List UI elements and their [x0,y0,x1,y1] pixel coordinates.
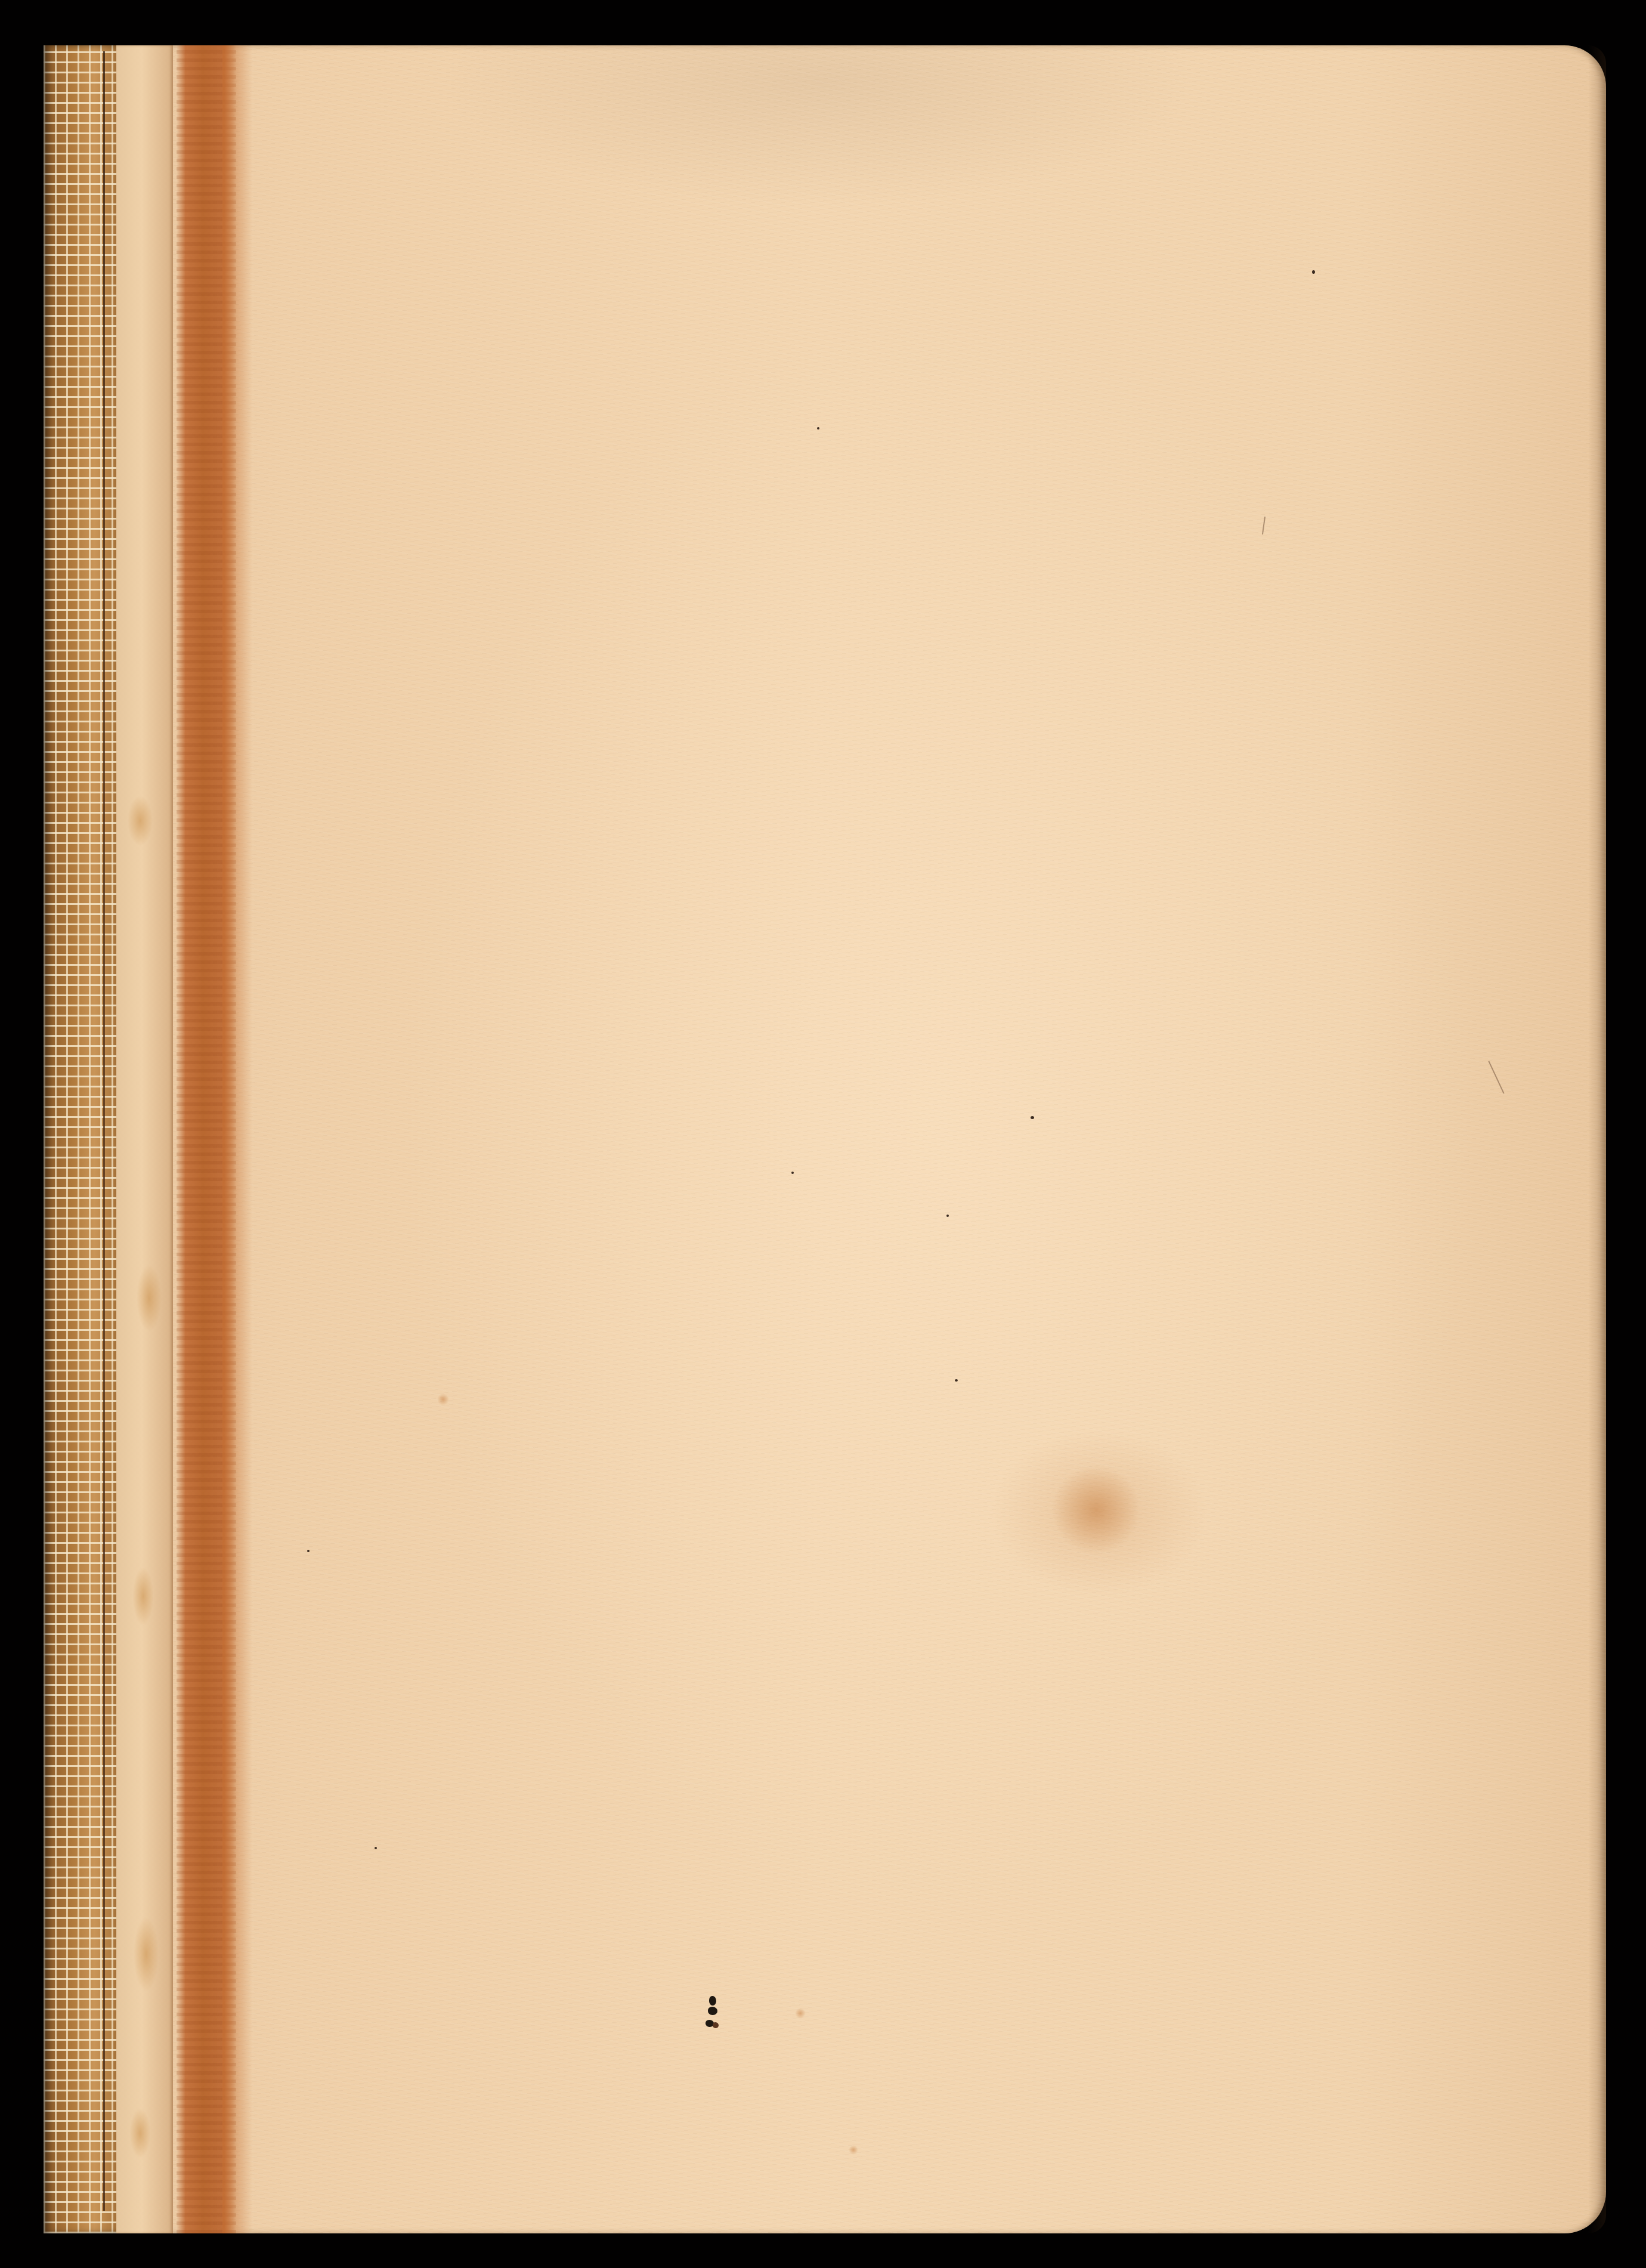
rust-glue-stain-fade [222,45,252,2233]
foxing-spot [849,2145,858,2155]
dust-speck [1312,270,1315,274]
cloth-spine-binding [44,45,116,2233]
foxing-spot [1051,1465,1141,1555]
page-edge-shadow [1588,45,1606,2233]
dust-speck [375,1847,377,1849]
dust-speck [946,1215,949,1217]
dust-speck [1031,1116,1034,1119]
dust-speck [955,1379,958,1382]
dust-speck [307,1550,310,1552]
dust-speck [791,1172,794,1174]
spine-board-stains [116,45,173,2233]
spine-hinge-crack [103,51,105,2211]
ink-blot [706,1996,723,2038]
dust-speck [817,427,819,430]
book-page-scan [44,45,1606,2233]
foxing-spot [795,2008,806,2019]
foxing-spot [437,1393,449,1405]
blank-endpaper-page [44,45,1606,2233]
